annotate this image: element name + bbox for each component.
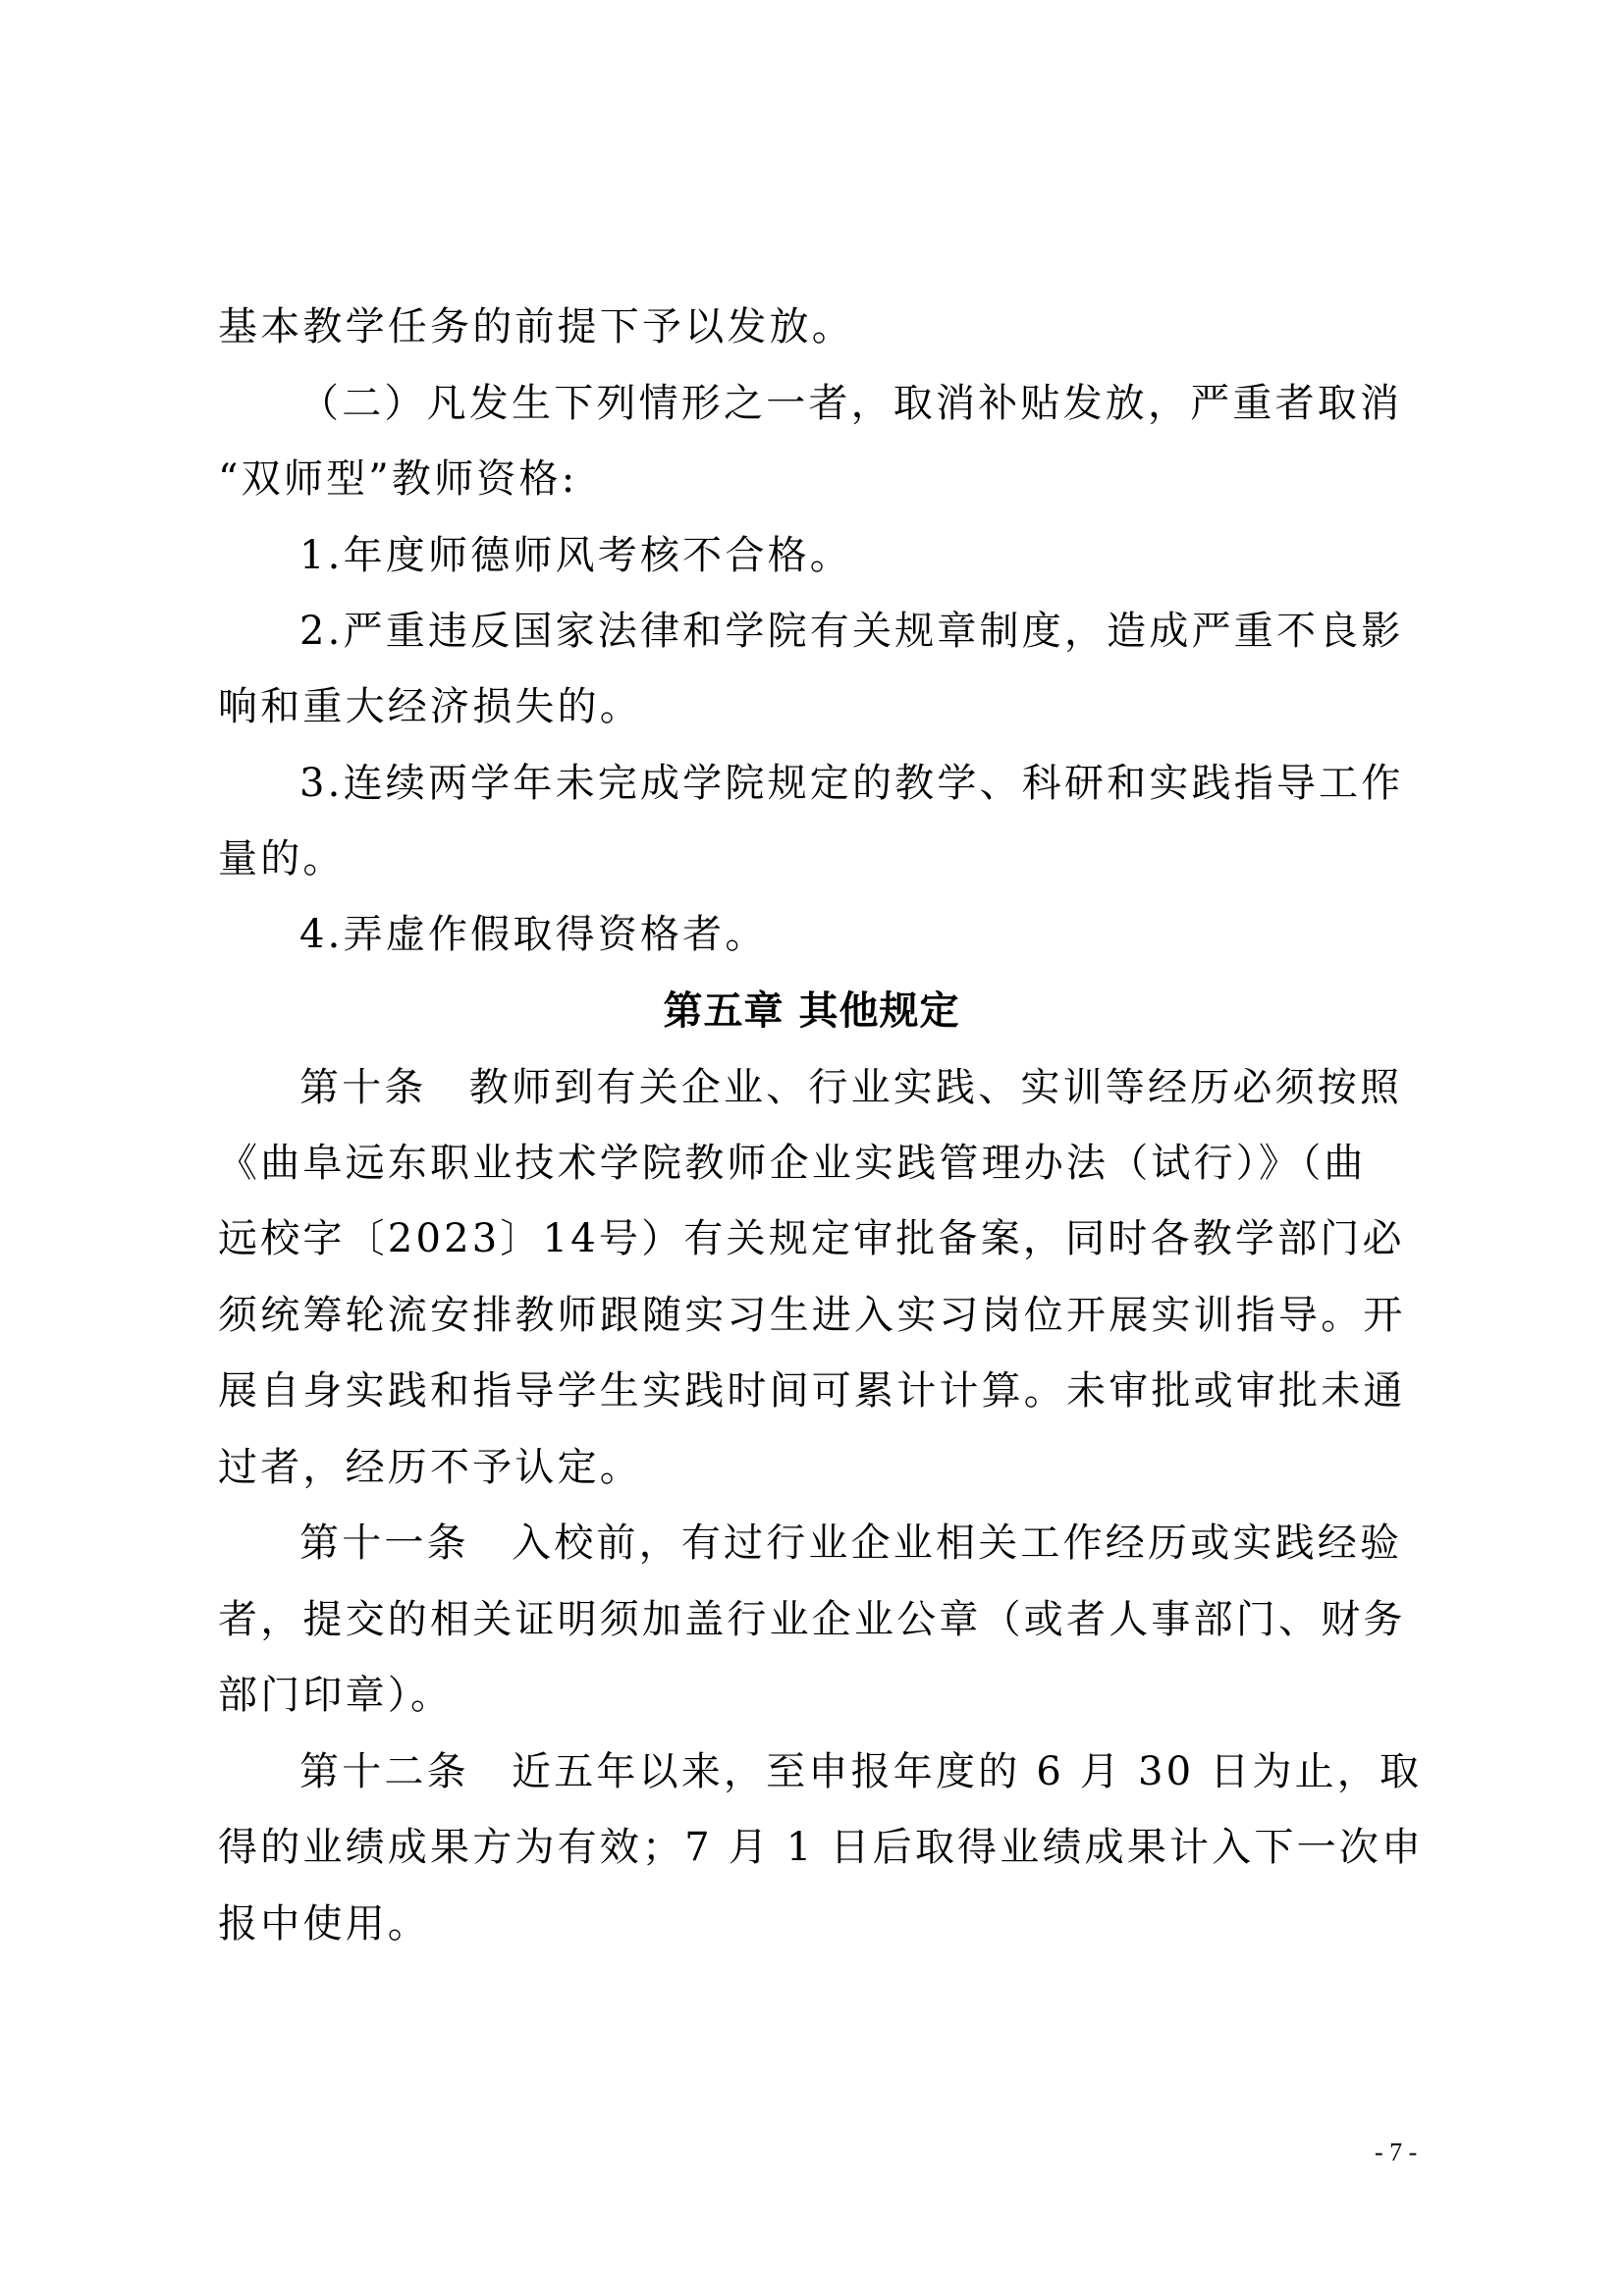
chapter-heading: 第五章 其他规定 bbox=[0, 987, 1623, 1036]
paragraph-line: 部门印章）。 bbox=[218, 1671, 1426, 1720]
paragraph-line: “双师型”教师资格: bbox=[218, 454, 1426, 504]
list-item: 2.严重违反国家法律和学院有关规章制度，造成严重不良影 bbox=[299, 607, 1507, 656]
page-number: - 7 - bbox=[1375, 2138, 1417, 2167]
paragraph-line: 远校字〔2023〕14号）有关规定审批备案，同时各教学部门必 bbox=[218, 1214, 1426, 1263]
article-line: 第十二条 近五年以来，至申报年度的 6 月 30 日为止，取 bbox=[299, 1747, 1507, 1796]
paragraph-line: 报中使用。 bbox=[218, 1899, 1426, 1949]
paragraph-line: 过者，经历不予认定。 bbox=[218, 1443, 1426, 1492]
paragraph-line: 者，提交的相关证明须加盖行业企业公章（或者人事部门、财务 bbox=[218, 1595, 1426, 1644]
paragraph-line: 量的。 bbox=[218, 834, 1426, 883]
article-line: 第十一条 入校前，有过行业企业相关工作经历或实践经验 bbox=[299, 1519, 1507, 1568]
paragraph-line: （二）凡发生下列情形之一者，取消补贴发放，严重者取消 bbox=[299, 379, 1507, 428]
paragraph-line: 基本教学任务的前提下予以发放。 bbox=[218, 302, 1426, 351]
article-line: 第十条 教师到有关企业、行业实践、实训等经历必须按照 bbox=[299, 1063, 1507, 1112]
paragraph-line: 得的业绩成果方为有效；7 月 1 日后取得业绩成果计入下一次申 bbox=[218, 1823, 1426, 1872]
list-item: 3.连续两学年未完成学院规定的教学、科研和实践指导工作 bbox=[299, 759, 1507, 808]
paragraph-line: 须统筹轮流安排教师跟随实习生进入实习岗位开展实训指导。开 bbox=[218, 1291, 1426, 1340]
paragraph-line: 展自身实践和指导学生实践时间可累计计算。未审批或审批未通 bbox=[218, 1366, 1426, 1415]
paragraph-line: 响和重大经济损失的。 bbox=[218, 682, 1426, 731]
paragraph-line: 《曲阜远东职业技术学院教师企业实践管理办法（试行）》（曲 bbox=[218, 1139, 1426, 1188]
document-page: 基本教学任务的前提下予以发放。 （二）凡发生下列情形之一者，取消补贴发放，严重者… bbox=[0, 0, 1623, 2296]
list-item: 4.弄虚作假取得资格者。 bbox=[299, 910, 1507, 959]
list-item: 1.年度师德师风考核不合格。 bbox=[299, 531, 1507, 580]
